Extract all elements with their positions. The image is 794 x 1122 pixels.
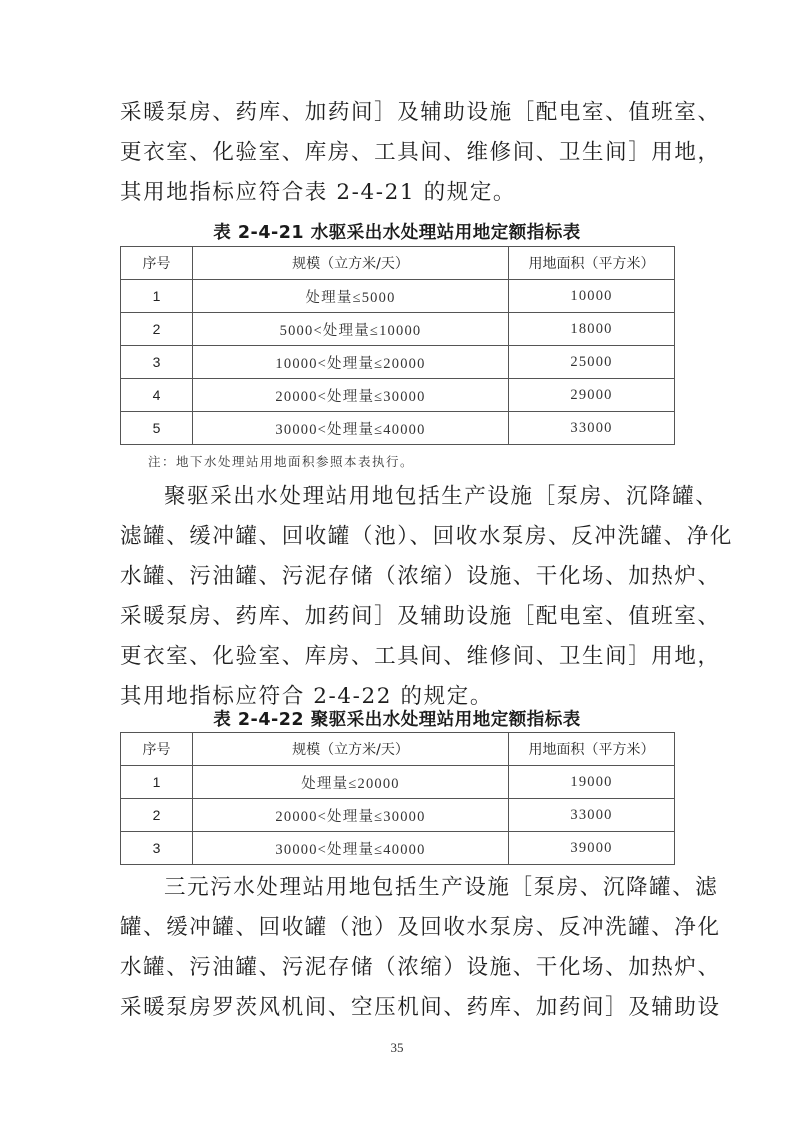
table-row: 1 处理量≤5000 10000 xyxy=(121,280,675,313)
cell-area: 25000 xyxy=(509,346,675,379)
cell-scale: 处理量≤20000 xyxy=(193,766,509,799)
cell-scale: 5000<处理量≤10000 xyxy=(193,313,509,346)
table-row: 4 20000<处理量≤30000 29000 xyxy=(121,379,675,412)
page-number: 35 xyxy=(0,1040,794,1056)
cell-area: 10000 xyxy=(509,280,675,313)
text-line: 水罐、污油罐、污泥存储（浓缩）设施、干化场、加热炉、 xyxy=(120,948,674,988)
header-scale: 规模（立方米/天） xyxy=(193,247,509,280)
paragraph-water-flooding-continuation: 采暖泵房、药库、加药间］及辅助设施［配电室、值班室、 更衣室、化验室、库房、工具… xyxy=(120,93,674,213)
cell-index: 1 xyxy=(121,280,193,313)
header-area: 用地面积（平方米） xyxy=(509,733,675,766)
text-line: 三元污水处理站用地包括生产设施［泵房、沉降罐、滤 xyxy=(120,868,674,908)
text-line: 更衣室、化验室、库房、工具间、维修间、卫生间］用地， xyxy=(120,133,674,173)
cell-index: 2 xyxy=(121,313,193,346)
text-line: 滤罐、缓冲罐、回收罐（池）、回收水泵房、反冲洗罐、净化 xyxy=(120,517,674,557)
cell-index: 3 xyxy=(121,346,193,379)
cell-scale: 20000<处理量≤30000 xyxy=(193,379,509,412)
table-row: 2 5000<处理量≤10000 18000 xyxy=(121,313,675,346)
table-row: 3 30000<处理量≤40000 39000 xyxy=(121,832,675,865)
table-caption-2-4-21: 表 2-4-21 水驱采出水处理站用地定额指标表 xyxy=(120,219,674,244)
header-area: 用地面积（平方米） xyxy=(509,247,675,280)
cell-area: 19000 xyxy=(509,766,675,799)
cell-index: 5 xyxy=(121,412,193,445)
cell-area: 39000 xyxy=(509,832,675,865)
text-line: 采暖泵房罗茨风机间、空压机间、药库、加药间］及辅助设 xyxy=(120,988,674,1028)
cell-index: 1 xyxy=(121,766,193,799)
header-index: 序号 xyxy=(121,733,193,766)
text-line: 罐、缓冲罐、回收罐（池）及回收水泵房、反冲洗罐、净化 xyxy=(120,908,674,948)
cell-scale: 处理量≤5000 xyxy=(193,280,509,313)
header-scale: 规模（立方米/天） xyxy=(193,733,509,766)
cell-index: 4 xyxy=(121,379,193,412)
text-line: 聚驱采出水处理站用地包括生产设施［泵房、沉降罐、 xyxy=(120,477,674,517)
cell-area: 29000 xyxy=(509,379,675,412)
header-index: 序号 xyxy=(121,247,193,280)
cell-scale: 20000<处理量≤30000 xyxy=(193,799,509,832)
text-line: 采暖泵房、药库、加药间］及辅助设施［配电室、值班室、 xyxy=(120,93,674,133)
cell-scale: 30000<处理量≤40000 xyxy=(193,412,509,445)
cell-area: 33000 xyxy=(509,799,675,832)
table-row: 3 10000<处理量≤20000 25000 xyxy=(121,346,675,379)
table-header-row: 序号 规模（立方米/天） 用地面积（平方米） xyxy=(121,247,675,280)
text-line: 水罐、污油罐、污泥存储（浓缩）设施、干化场、加热炉、 xyxy=(120,557,674,597)
cell-index: 2 xyxy=(121,799,193,832)
document-page: 采暖泵房、药库、加药间］及辅助设施［配电室、值班室、 更衣室、化验室、库房、工具… xyxy=(0,0,794,1122)
table-water-flooding-quota: 序号 规模（立方米/天） 用地面积（平方米） 1 处理量≤5000 10000 … xyxy=(120,246,675,445)
paragraph-polymer-flooding: 聚驱采出水处理站用地包括生产设施［泵房、沉降罐、 滤罐、缓冲罐、回收罐（池）、回… xyxy=(120,477,674,717)
cell-scale: 10000<处理量≤20000 xyxy=(193,346,509,379)
table-row: 2 20000<处理量≤30000 33000 xyxy=(121,799,675,832)
table-row: 5 30000<处理量≤40000 33000 xyxy=(121,412,675,445)
text-line: 采暖泵房、药库、加药间］及辅助设施［配电室、值班室、 xyxy=(120,597,674,637)
cell-scale: 30000<处理量≤40000 xyxy=(193,832,509,865)
table-caption-2-4-22: 表 2-4-22 聚驱采出水处理站用地定额指标表 xyxy=(120,706,674,731)
paragraph-asp-flooding: 三元污水处理站用地包括生产设施［泵房、沉降罐、滤 罐、缓冲罐、回收罐（池）及回收… xyxy=(120,868,674,1028)
text-line: 其用地指标应符合表 2-4-21 的规定。 xyxy=(120,173,674,213)
cell-area: 33000 xyxy=(509,412,675,445)
table-polymer-flooding-quota: 序号 规模（立方米/天） 用地面积（平方米） 1 处理量≤20000 19000… xyxy=(120,732,675,865)
table-row: 1 处理量≤20000 19000 xyxy=(121,766,675,799)
cell-index: 3 xyxy=(121,832,193,865)
table-header-row: 序号 规模（立方米/天） 用地面积（平方米） xyxy=(121,733,675,766)
table-note: 注：地下水处理站用地面积参照本表执行。 xyxy=(148,452,414,470)
text-line: 更衣室、化验室、库房、工具间、维修间、卫生间］用地， xyxy=(120,637,674,677)
cell-area: 18000 xyxy=(509,313,675,346)
